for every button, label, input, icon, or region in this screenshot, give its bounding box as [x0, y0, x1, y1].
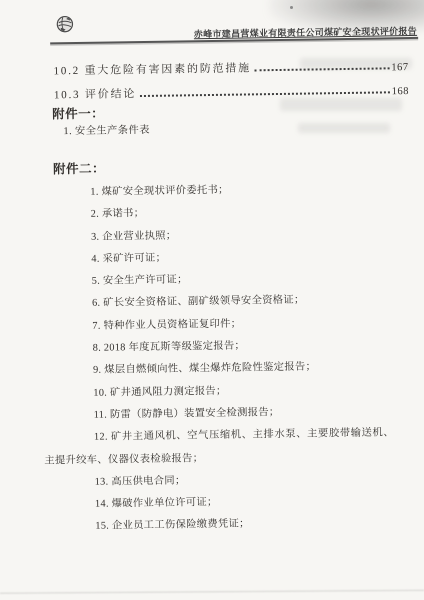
company-emblem-icon [56, 15, 74, 33]
attachment-2-heading: 附件二： [53, 159, 105, 178]
toc-page-number: 168 [392, 86, 409, 97]
attachment-1-item: 1. 安全生产条件表 [63, 121, 150, 137]
toc-dot-leader [140, 91, 390, 97]
attachment-list-item: 15. 企业员工工伤保险缴费凭证； [45, 512, 395, 539]
page-content: 赤峰市建昌营煤业有限责任公司煤矿安全现状评价报告 10.2 重大危险有害因素的防… [0, 0, 424, 600]
attachment-list-item: 12. 矿井主通风机、空气压缩机、主排水泵、主要胶带输送机、主提升绞车、仪器仪表… [44, 423, 395, 473]
scanned-document-page: 赤峰市建昌营煤业有限责任公司煤矿安全现状评价报告 10.2 重大危险有害因素的防… [0, 0, 424, 600]
attachment-2-list: 1. 煤矿安全现状评价委托书； 2. 承诺书； 3. 企业营业执照； 4. 采矿… [40, 177, 395, 539]
toc-dot-leader [255, 67, 389, 71]
table-of-contents: 10.2 重大危险有害因素的防范措施 167 10.3 评价结论 168 [53, 49, 409, 102]
attachment-1-heading: 附件一： [52, 104, 104, 123]
toc-page-number: 167 [391, 62, 408, 73]
toc-entry-label: 10.3 评价结论 [54, 85, 136, 102]
toc-entry-label: 10.2 重大危险有害因素的防范措施 [53, 59, 251, 78]
